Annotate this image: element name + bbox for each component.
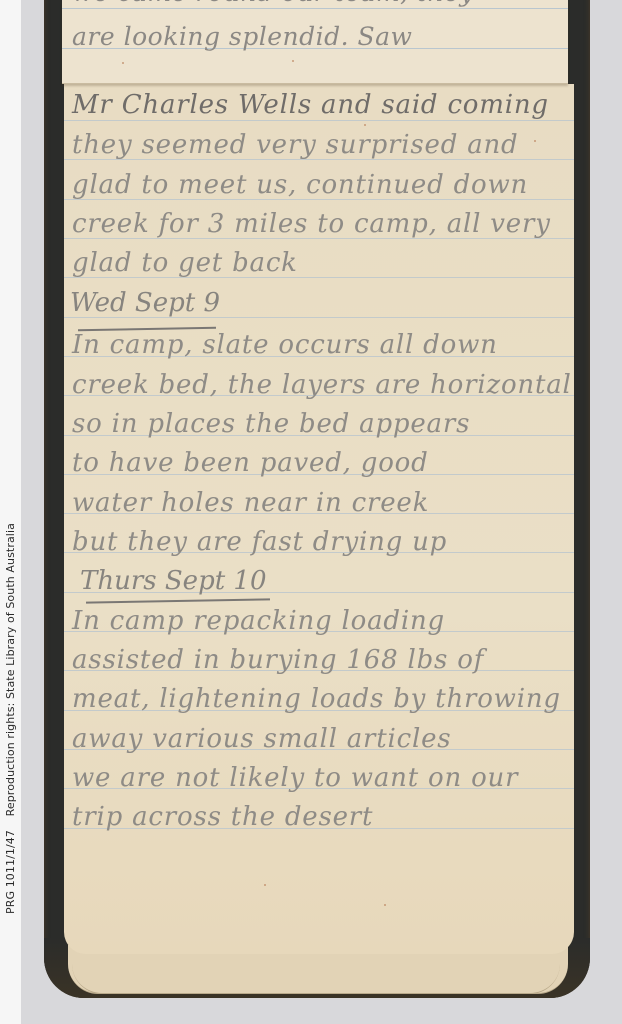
date-underline (86, 598, 270, 603)
previous-page-fold: we came round our team, they are looking… (62, 0, 568, 84)
handwritten-line: creek for 3 miles to camp, all very (72, 209, 551, 239)
handwritten-line: but they are fast drying up (72, 527, 447, 557)
handwritten-line: we came round our team, they (72, 0, 474, 7)
entry-date: Thurs Sept 10 (80, 566, 267, 596)
entry-date: Wed Sept 9 (70, 288, 220, 318)
handwritten-line: we are not likely to want on our (72, 763, 518, 793)
handwritten-line: away various small articles (72, 724, 451, 754)
handwritten-line: Mr Charles Wells and said coming (72, 90, 549, 120)
handwritten-line: meat, lightening loads by throwing (72, 684, 561, 714)
handwritten-line: water holes near in creek (72, 488, 429, 518)
rights-caption: PRG 1011/1/47 Reproduction rights: State… (4, 523, 17, 914)
handwritten-line: In camp repacking loading (72, 606, 445, 636)
handwritten-line: they seemed very surprised and (72, 130, 519, 160)
reproduction-rights: Reproduction rights: State Library of So… (4, 523, 17, 816)
scan-stage: PRG 1011/1/47 Reproduction rights: State… (0, 0, 622, 1024)
handwritten-line: trip across the desert (72, 802, 373, 832)
handwritten-line: glad to meet us, continued down (72, 170, 528, 200)
diary-page: Mr Charles Wells and said coming they se… (64, 84, 574, 954)
handwritten-line: are looking splendid. Saw (72, 22, 412, 51)
handwritten-line: glad to get back (72, 248, 298, 278)
handwritten-line: In camp, slate occurs all down (72, 330, 498, 360)
handwritten-line: to have been paved, good (72, 448, 429, 478)
reference-number: PRG 1011/1/47 (4, 830, 17, 914)
handwritten-line: so in places the bed appears (72, 409, 470, 439)
handwritten-line: assisted in burying 168 lbs of (72, 645, 484, 675)
handwritten-line: creek bed, the layers are horizontal (72, 370, 572, 400)
caption-strip: PRG 1011/1/47 Reproduction rights: State… (0, 0, 21, 1024)
